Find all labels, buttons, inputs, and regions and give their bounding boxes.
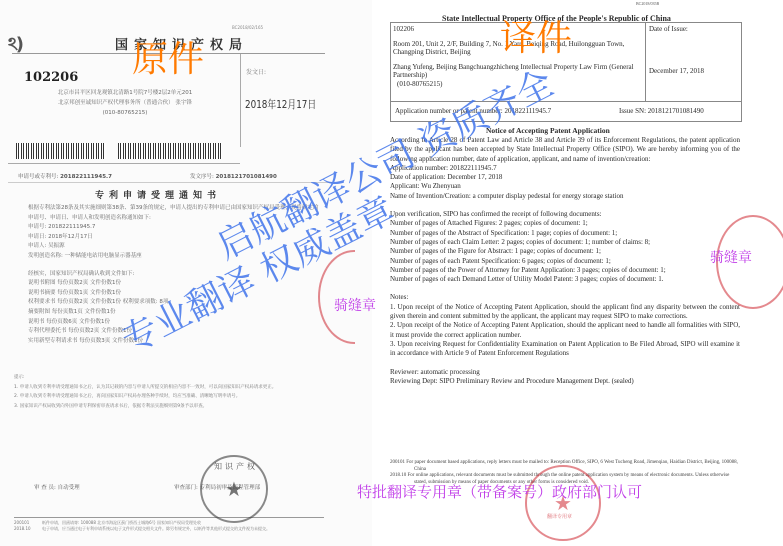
field: Application number: 201822111945.7 [390, 164, 740, 173]
issue-date: 2018年12月17日 [245, 96, 316, 112]
translation-seal: ★ 翻译专用章 [525, 465, 601, 541]
serial-number: Issue SN: 2018121701081490 [619, 107, 704, 115]
received-doc: Number of pages of the Power of Attorney… [390, 266, 740, 275]
doc-code: BC2018/02/165 [232, 25, 263, 30]
address-line: (010-80765215) [30, 108, 220, 118]
application-number: 申请号或专利号: 201822111945.7 [18, 172, 112, 180]
note: 2. Upon receipt of the Notice of Accepti… [390, 321, 740, 340]
barcode [16, 143, 106, 159]
star-icon: ★ [225, 477, 243, 501]
divider [391, 101, 741, 102]
original-document: ঽ) BC2018/02/165 国家知识产权局 102206 北京市昌平区回龙… [0, 0, 372, 546]
notes-label: Notes: [390, 293, 740, 302]
received-doc: Number of pages of each Patent Specifica… [390, 257, 740, 266]
note: 2. 申请人收到专利申请受理通知书之后，再向国家知识产权局办理各种手续时，均应当… [14, 392, 334, 402]
note: 3. 国家知识产权局收到向外国申请专利保密审查请求书后，依据专利法实施细则第9条… [14, 402, 334, 412]
serial-number: 发文序号: 2018121701081490 [190, 172, 277, 180]
notes: 提示: 1. 申请人收到专利申请受理通知书之后，认为其记载的内容与申请人所提交的… [14, 373, 334, 411]
cnipa-logo-icon: ঽ) [8, 30, 22, 61]
received-doc: Number of pages of the Figure for Abstra… [390, 247, 740, 256]
address-block: 北京市昌平区回龙观镇北清路1号院7号楼2层2单元201 北京邦创至诚知识产权代理… [30, 88, 220, 118]
footer: 200101纸件申请，回函请寄: 100088 北京市海淀区蓟门桥西土城路6号 … [14, 520, 334, 532]
seal-banner: 特批翻译专用章（带备案号）政府部门认可 [357, 481, 642, 502]
reviewing-dept: Reviewing Dept: SIPO Preliminary Review … [390, 377, 740, 386]
barcode [118, 143, 222, 159]
postcode: 102206 [24, 70, 78, 85]
field: Date of application: December 17, 2018 [390, 173, 740, 182]
notes-label: 提示: [14, 373, 334, 383]
doc-code: BC2018/035B [636, 1, 659, 6]
notice-title: 专利申请受理通知书 [95, 188, 221, 201]
reviewer: 审 查 员: 自动受理 [34, 483, 80, 491]
divider [240, 54, 241, 147]
field: Name of Invention/Creation: a computer d… [390, 192, 740, 201]
received-intro: Upon verification, SIPO has confirmed th… [390, 210, 740, 219]
issue-date: December 17, 2018 [649, 67, 704, 75]
field: Applicant: Wu Zhenyuan [390, 182, 740, 191]
received-doc: Number of pages of each Demand Letter of… [390, 275, 740, 284]
note: 1. 申请人收到专利申请受理通知书之后，认为其记载的内容与申请人所提交的相应内容… [14, 383, 334, 393]
divider [14, 517, 324, 518]
reviewer: Reviewer: automatic processing [390, 368, 740, 377]
divider [8, 163, 240, 164]
note: 1. Upon receipt of the Notice of Accepti… [390, 303, 740, 322]
note: 3. Upon receiving Request for Confidenti… [390, 340, 740, 359]
seam-seal-annotation: 骑缝章 [710, 247, 752, 267]
issue-date-label: Date of Issue: [649, 25, 688, 33]
translation-label: 译件 [500, 21, 572, 57]
seal-text: 知识产权 [214, 461, 258, 472]
seam-seal-annotation: 骑缝章 [334, 295, 376, 315]
seal-label: 翻译专用章 [547, 513, 572, 520]
address-line: 北京邦创至诚知识产权代理事务所（普通合伙） 张宇锋 [30, 98, 220, 108]
received-doc: Number of pages of Attached Figures: 2 p… [390, 219, 740, 228]
address-line: 北京市昌平区回龙观镇北清路1号院7号楼2层2单元201 [30, 88, 220, 98]
divider [645, 23, 646, 101]
footer-item: 2018.10电子申请，应当通过电子专利申请系统以电子文件形式提交相关文件。除另… [14, 526, 334, 532]
divider [8, 182, 333, 183]
received-doc: Number of pages of each Claim Letter: 2 … [390, 238, 740, 247]
issue-date-label: 发文日: [246, 67, 266, 76]
received-doc: Number of pages of the Abstract of Speci… [390, 229, 740, 238]
notice-body: According to Article 28 of Patent Law an… [390, 136, 740, 386]
original-label: 原件 [132, 42, 204, 78]
official-seal: 知识产权 ★ [200, 455, 268, 523]
